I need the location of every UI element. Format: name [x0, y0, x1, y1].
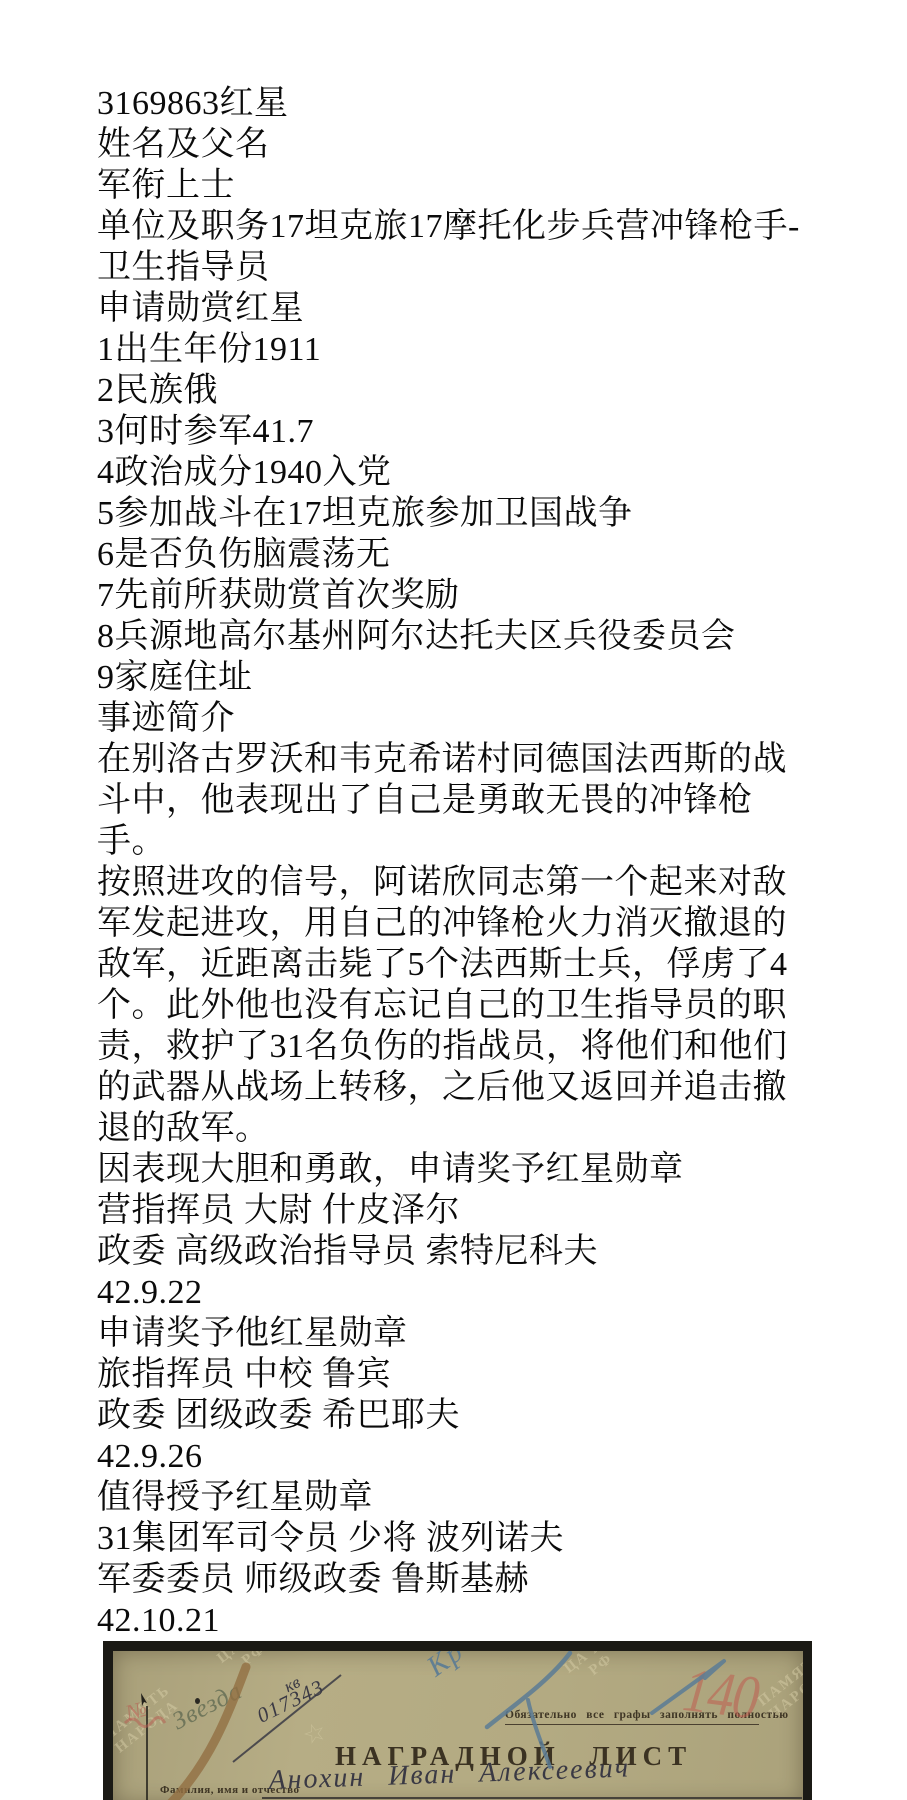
- translation-line: 手。: [97, 821, 827, 862]
- margin-arrow-icon: [141, 1693, 147, 1706]
- blue-stroke: [487, 1653, 570, 1727]
- translation-line: 政委 高级政治指导员 索特尼科夫: [97, 1231, 827, 1272]
- red-scribble: [125, 1717, 165, 1726]
- translation-line: 值得授予红星勋章: [97, 1477, 827, 1518]
- translation-line: 5参加战斗在17坦克旅参加卫国战争: [97, 493, 827, 534]
- translation-line: 因表现大胆和勇敢，申请奖予红星勋章: [97, 1149, 827, 1190]
- translation-line: 申请勋赏红星: [97, 288, 827, 329]
- translation-line: 退的敌军。: [97, 1108, 827, 1149]
- translation-line: 单位及职务17坦克旅17摩托化步兵营冲锋枪手-: [97, 206, 827, 247]
- translation-line: 8兵源地高尔基州阿尔达托夫区兵役委员会: [97, 616, 827, 657]
- translation-line: 军发起进攻，用自己的冲锋枪火力消灭撤退的: [97, 903, 827, 944]
- translation-line: 个。此外他也没有忘记自己的卫生指导员的职: [97, 985, 827, 1026]
- translation-line: 3169863红星: [97, 83, 827, 124]
- translation-line: 3何时参军41.7: [97, 411, 827, 452]
- translation-text: 3169863红星姓名及父名军衔上士单位及职务17坦克旅17摩托化步兵营冲锋枪手…: [97, 83, 827, 1641]
- translation-line: 在别洛古罗沃和韦克希诺村同德国法西斯的战: [97, 739, 827, 780]
- translation-line: 营指挥员 大尉 什皮泽尔: [97, 1190, 827, 1231]
- translation-line: 42.9.26: [97, 1436, 827, 1477]
- blue-stroke: [528, 1700, 550, 1767]
- translation-line: 1出生年份1911: [97, 329, 827, 370]
- translation-line: 42.9.22: [97, 1272, 827, 1313]
- translation-line: 按照进攻的信号，阿诺欣同志第一个起来对敌: [97, 862, 827, 903]
- scanned-paper: ЦА МО РФ ПАМЯТЬ НАРОДА ЦА МО РФ ПАМЯТЬ Н…: [113, 1651, 803, 1800]
- translation-line: 42.10.21: [97, 1600, 827, 1641]
- pencil-strokes-svg: [113, 1651, 803, 1800]
- translation-line: 9家庭住址: [97, 657, 827, 698]
- translation-line: 姓名及父名: [97, 124, 827, 165]
- check-mark-icon: [652, 1661, 724, 1713]
- translation-line: 政委 团级政委 希巴耶夫: [97, 1395, 827, 1436]
- ink-slash: [233, 1675, 341, 1762]
- translation-line: 申请奖予他红星勋章: [97, 1313, 827, 1354]
- translation-line: 2民族俄: [97, 370, 827, 411]
- translation-line: 旅指挥员 中校 鲁宾: [97, 1354, 827, 1395]
- translation-line: 军委委员 师级政委 鲁斯基赫: [97, 1559, 827, 1600]
- translation-line: 的武器从战场上转移，之后他又返回并追击撤: [97, 1067, 827, 1108]
- translation-line: 事迹简介: [97, 698, 827, 739]
- translation-line: 敌军，近距离击毙了5个法西斯士兵，俘虏了4: [97, 944, 827, 985]
- page: { "translation": { "lines": [ "3169863红星…: [0, 0, 907, 1800]
- translation-line: 31集团军司令员 少将 波列诺夫: [97, 1518, 827, 1559]
- translation-line: 4政治成分1940入党: [97, 452, 827, 493]
- translation-line: 卫生指导员: [97, 247, 827, 288]
- brown-stroke: [171, 1667, 246, 1800]
- translation-line: 7先前所获勋赏首次奖励: [97, 575, 827, 616]
- translation-line: 斗中，他表现出了自己是勇敢无畏的冲锋枪: [97, 780, 827, 821]
- scan-photo: ЦА МО РФ ПАМЯТЬ НАРОДА ЦА МО РФ ПАМЯТЬ Н…: [103, 1641, 812, 1800]
- translation-line: 责，救护了31名负伤的指战员，将他们和他们: [97, 1026, 827, 1067]
- translation-line: 6是否负伤脑震荡无: [97, 534, 827, 575]
- translation-line: 军衔上士: [97, 165, 827, 206]
